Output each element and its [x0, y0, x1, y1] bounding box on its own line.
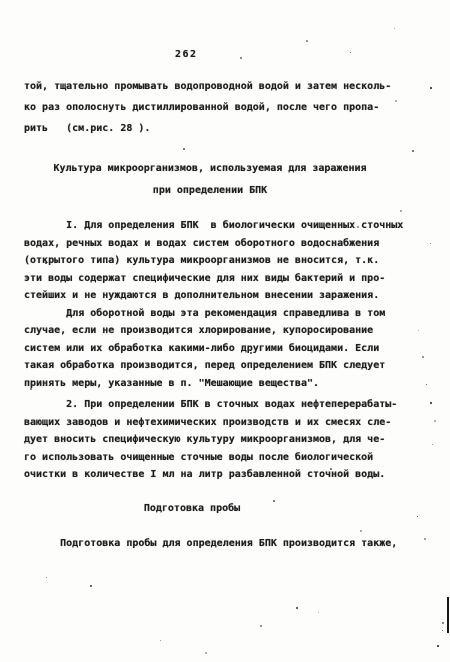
paragraph-1: I. Для определения БПК в биологически оч…: [24, 217, 408, 305]
chapter-heading: Культура микроорганизмов, используемая д…: [24, 158, 396, 202]
body-text: I. Для определения БПК в биологически оч…: [24, 217, 408, 484]
section-heading: Подготовка пробы: [14, 502, 370, 516]
paragraph-3: 2. При определении БПК в сточных водах н…: [24, 396, 408, 484]
paragraph-2: Для оборотной воды эта рекомендация спра…: [24, 305, 408, 393]
page-number: 262: [175, 48, 198, 62]
intro-paragraph: той, тщательно промывать водопроводной в…: [24, 76, 408, 139]
scan-edge-artifact: [447, 597, 449, 633]
closing-paragraph: Подготовка пробы для определения БПК про…: [24, 535, 408, 553]
scanned-document-page: 262 той, тщательно промывать водопроводн…: [0, 0, 450, 662]
